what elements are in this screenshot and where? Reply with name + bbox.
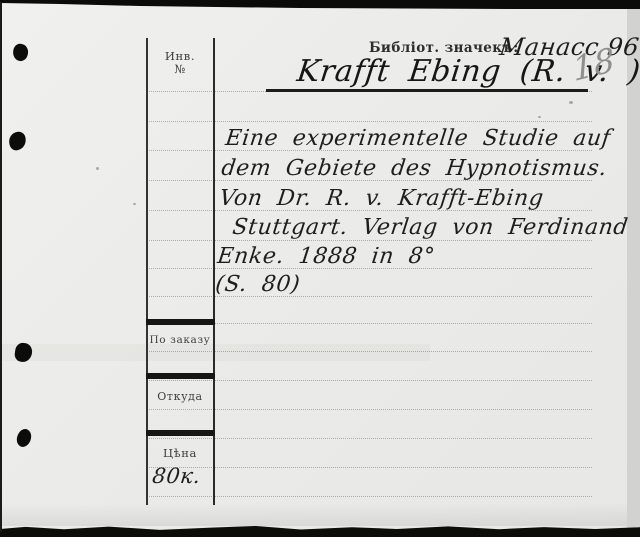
left-border [0,2,2,532]
origin-label: Откуда [146,390,214,403]
heading-underline [266,89,588,92]
scan-speck [96,167,99,170]
scan-speck [538,116,541,118]
scan-speck [133,203,136,205]
body-line: Stuttgart. Verlag von Ferdinand [231,215,630,240]
scan-shadow [2,503,627,526]
body-line: dem Gebiete des Hypnotismus. [220,156,608,181]
column-divider [146,373,215,379]
body-line: Von Dr. R. v. Krafft-Ebing [218,186,545,211]
body-line: (S. 80) [214,272,302,297]
column-divider [146,430,215,436]
catalog-card-scan: Инв. № По заказу Откуда Цѣна 80к. Библіо… [0,0,640,537]
column-divider [146,319,215,325]
price-value: 80к. [151,464,202,488]
body-line: Eine experimentelle Studie auf [224,126,612,151]
price-label: Цѣна [146,446,214,460]
inventory-label: Инв. № [146,50,214,76]
order-label: По заказу [146,334,214,346]
scan-speck [569,101,573,104]
body-line: Enke. 1888 in 8° [216,244,436,269]
